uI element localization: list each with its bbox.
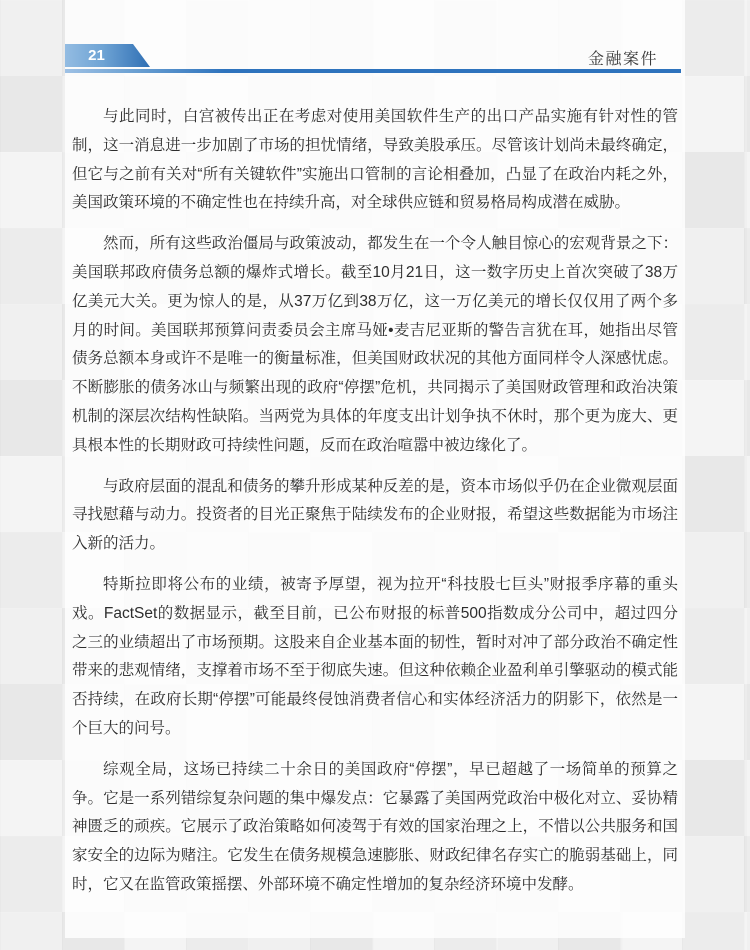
- header-divider: [65, 69, 681, 73]
- article-body: 与此同时，白宫被传出正在考虑对使用美国软件生产的出口产品实施有针对性的管制，这一…: [72, 103, 678, 912]
- section-title: 金融案件: [588, 46, 658, 69]
- article-paragraph: 与此同时，白宫被传出正在考虑对使用美国软件生产的出口产品实施有针对性的管制，这一…: [72, 103, 678, 218]
- page-number: 21: [88, 48, 105, 63]
- page-number-badge: 21: [65, 44, 150, 67]
- article-paragraph: 与政府层面的混乱和债务的攀升形成某种反差的是，资本市场似乎仍在企业微观层面寻找慰…: [72, 473, 678, 559]
- article-paragraph: 然而，所有这些政治僵局与政策波动，都发生在一个令人触目惊心的宏观背景之下：美国联…: [72, 230, 678, 460]
- article-paragraph: 综观全局，这场已持续二十余日的美国政府“停摆”，早已超越了一场简单的预算之争。它…: [72, 756, 678, 900]
- article-paragraph: 特斯拉即将公布的业绩，被寄予厚望，视为拉开“科技股七巨头”财报季序幕的重头戏。F…: [72, 571, 678, 744]
- document-page: 21 金融案件 与此同时，白宫被传出正在考虑对使用美国软件生产的出口产品实施有针…: [65, 0, 685, 938]
